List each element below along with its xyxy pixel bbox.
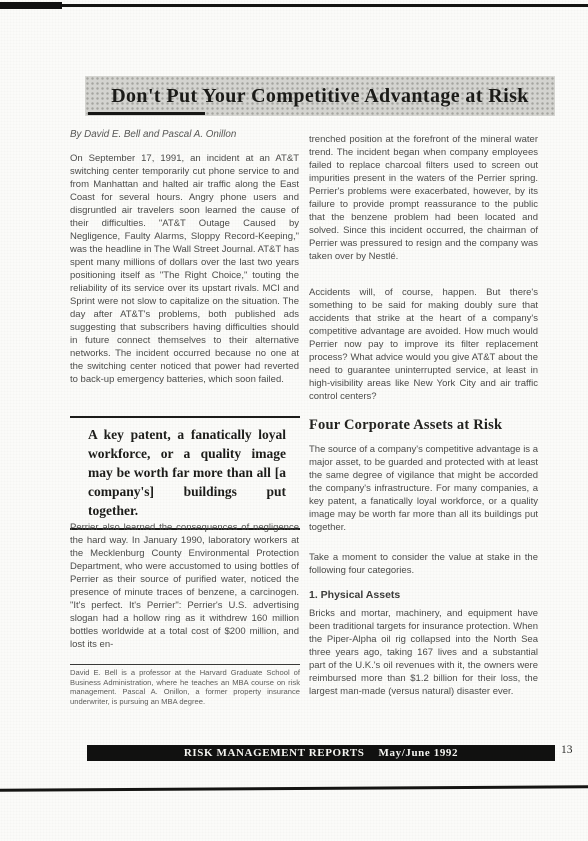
page-top-border-thick-segment [0,2,62,9]
banner-underline-rule [88,112,205,115]
paragraph-text: Bricks and mortar, machinery, and equipm… [309,607,538,698]
magazine-page-scan: Don't Put Your Competitive Advantage at … [0,0,588,841]
author-footnote: David E. Bell is a professor at the Harv… [70,664,300,706]
paragraph-text: On September 17, 1991, an incident at an… [70,152,299,386]
page-bottom-border [0,785,588,792]
right-column-paragraph-2: Accidents will, of course, happen. But t… [309,286,538,403]
right-column-paragraph-3: The source of a company's competitive ad… [309,443,538,534]
paragraph-text: Accidents will, of course, happen. But t… [309,286,538,403]
pull-quote-box: A key patent, a fanatically loyal workfo… [70,416,300,530]
section-heading: Four Corporate Assets at Risk [309,417,538,434]
subsection-heading-block: 1. Physical Assets [309,589,538,601]
left-column-paragraph-1: On September 17, 1991, an incident at an… [70,152,299,386]
paragraph-text: Take a moment to consider the value at s… [309,551,538,577]
footnote-text: David E. Bell is a professor at the Harv… [70,668,300,706]
right-column-paragraph-5: Bricks and mortar, machinery, and equipm… [309,607,538,698]
footer-bar: RISK MANAGEMENT REPORTS May/June 1992 [87,745,555,761]
footer-journal-name: RISK MANAGEMENT REPORTS [184,747,365,759]
pull-quote-text: A key patent, a fanatically loyal workfo… [72,425,298,520]
right-column-paragraph-4: Take a moment to consider the value at s… [309,551,538,577]
left-column-paragraph-2: Perrier also learned the consequences of… [70,521,299,651]
paragraph-text: trenched position at the forefront of th… [309,133,538,263]
article-title: Don't Put Your Competitive Advantage at … [111,85,529,108]
paragraph-text: The source of a company's competitive ad… [309,443,538,534]
page-top-border [0,4,588,7]
paragraph-text: Perrier also learned the consequences of… [70,521,299,651]
byline: By David E. Bell and Pascal A. Onillon [70,129,299,140]
right-column-paragraph-1: trenched position at the forefront of th… [309,133,538,263]
section-heading-block: Four Corporate Assets at Risk [309,417,538,434]
subsection-heading: 1. Physical Assets [309,589,538,601]
article-title-banner: Don't Put Your Competitive Advantage at … [85,76,555,116]
page-number: 13 [561,744,573,756]
footer-issue-date: May/June 1992 [379,747,459,759]
